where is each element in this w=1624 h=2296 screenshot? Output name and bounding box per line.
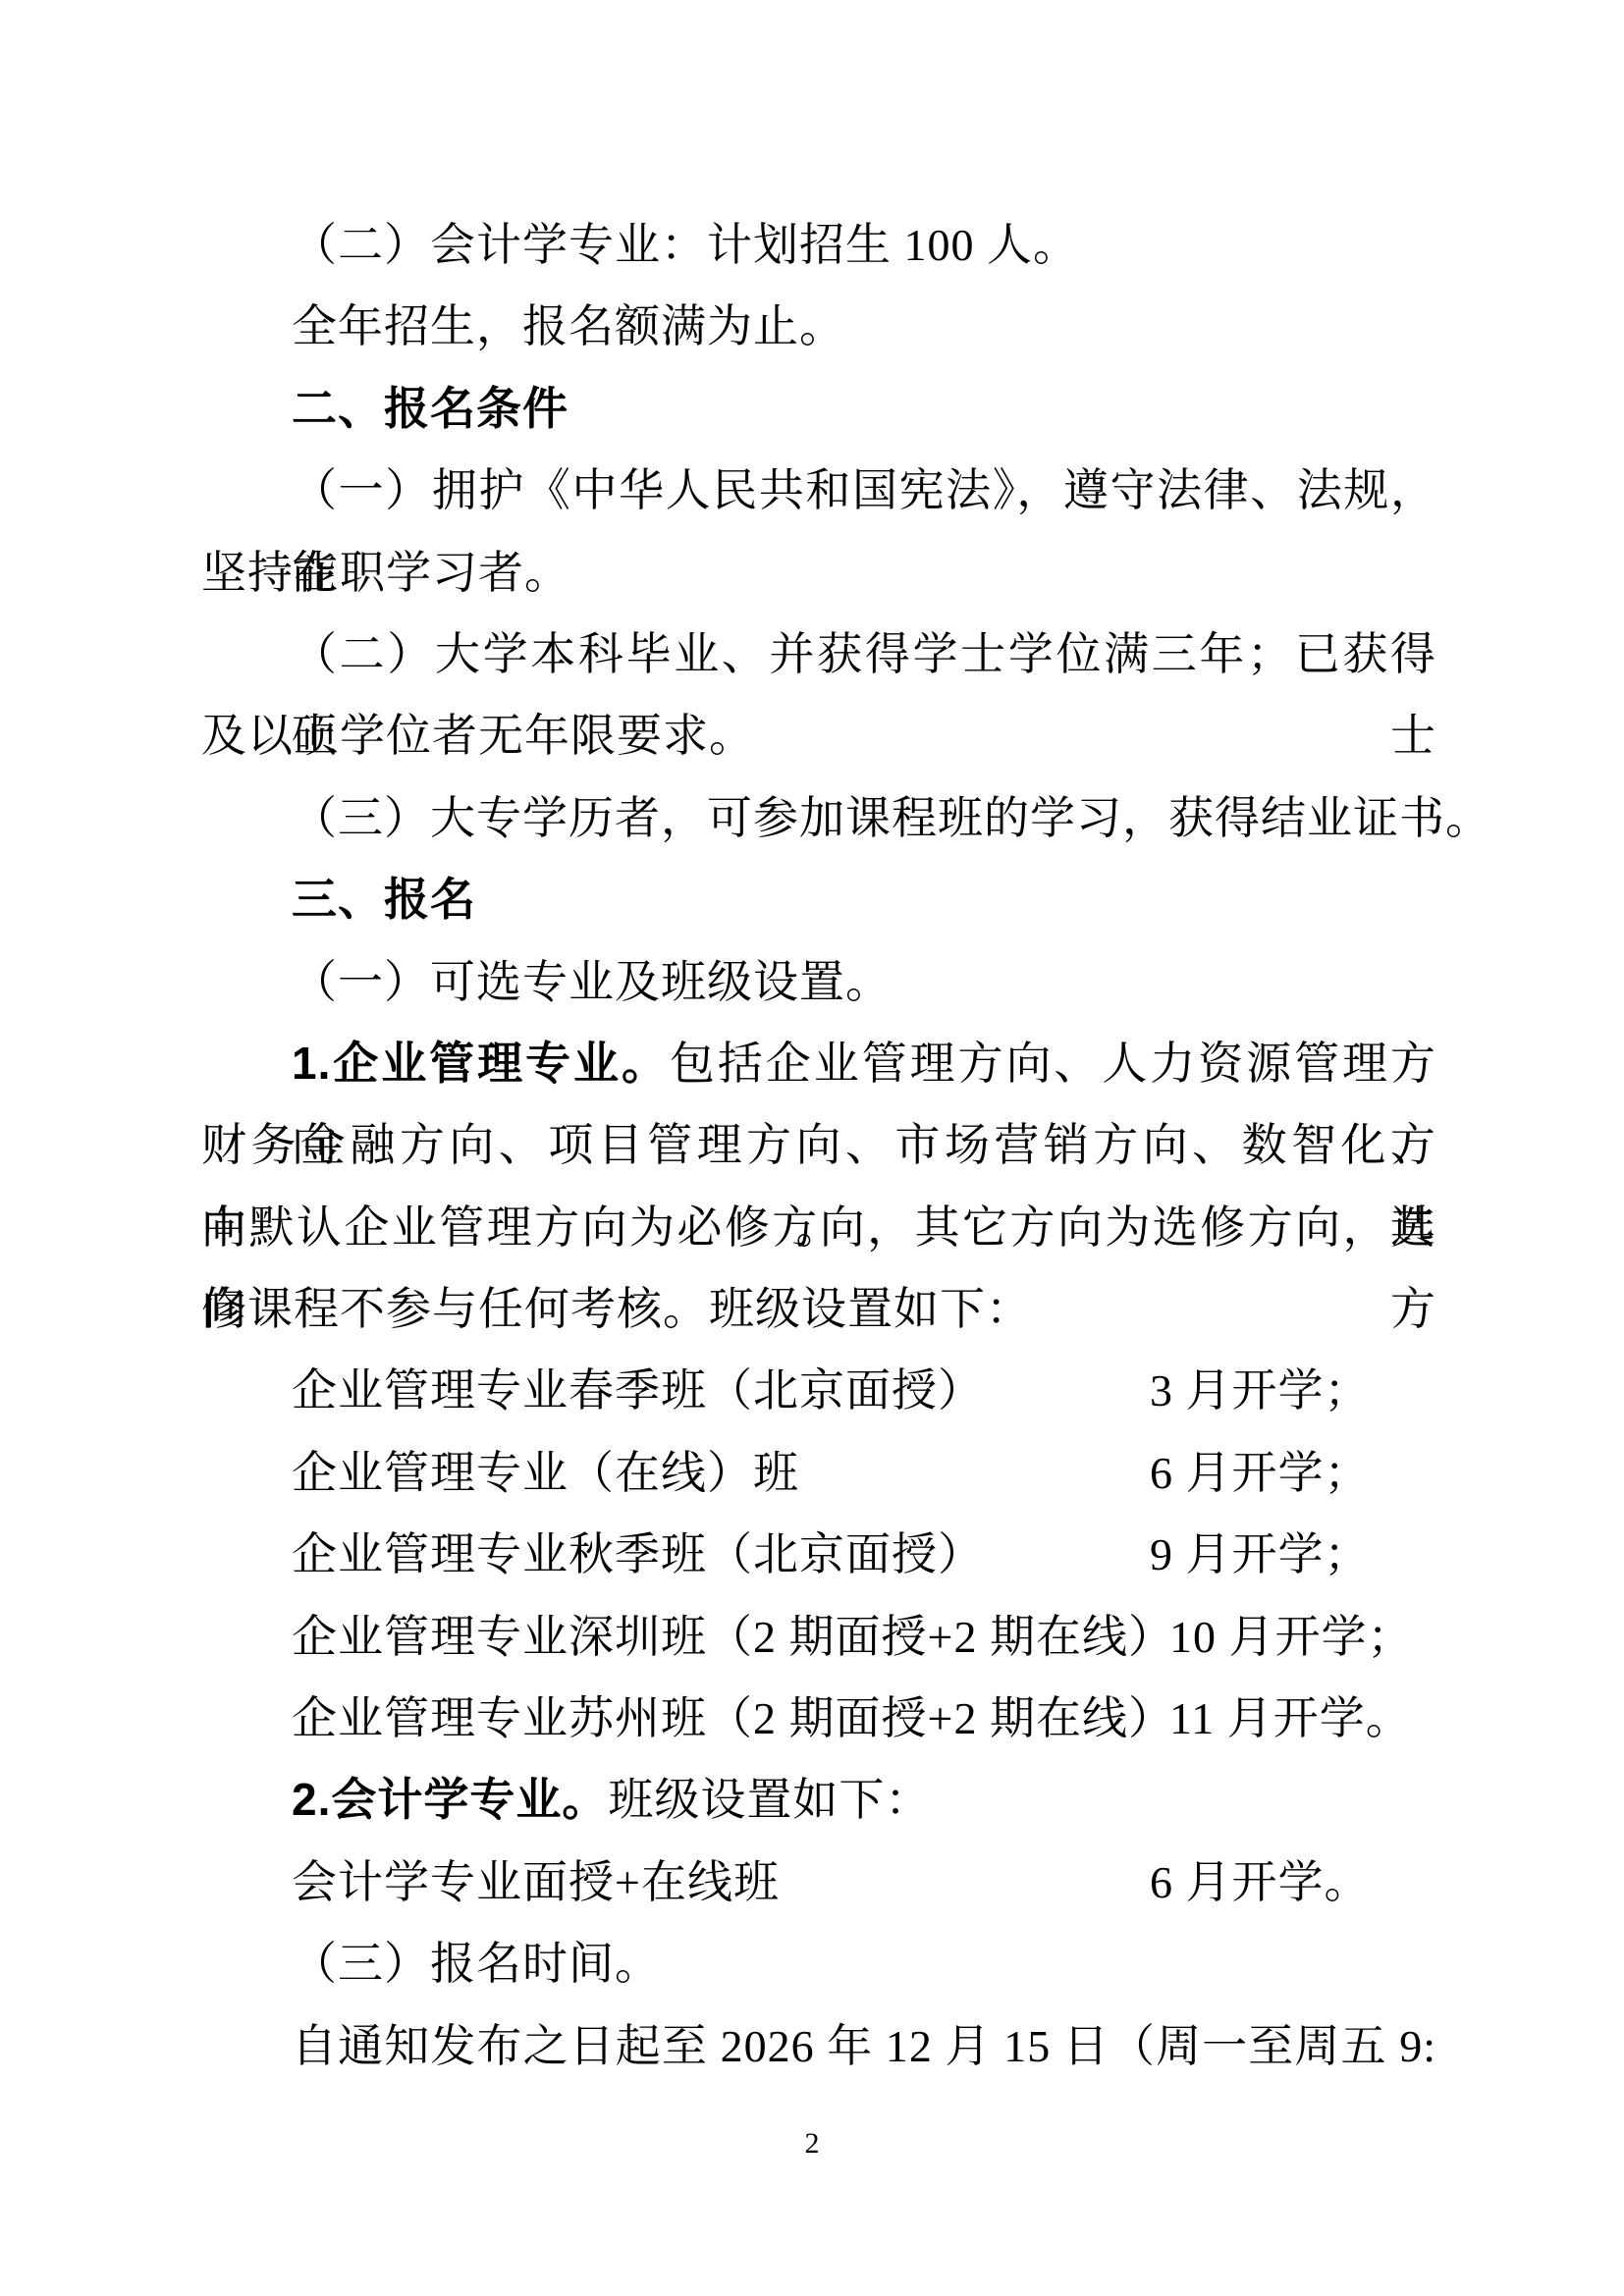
section-heading-registration: 三、报名	[201, 859, 1436, 940]
document-body: （二）会计学专业：计划招生 100 人。 全年招生，报名额满为止。 二、报名条件…	[201, 204, 1436, 2087]
class-schedule-row: 企业管理专业春季班（北京面授） 3 月开学；	[201, 1350, 1436, 1431]
paragraph-line-accounting-quota: （二）会计学专业：计划招生 100 人。	[201, 204, 1436, 286]
class-start-month: 6 月开学；	[1150, 1432, 1371, 1514]
section-heading-application-requirements: 二、报名条件	[201, 368, 1436, 450]
class-name: 企业管理专业深圳班（2 期面授+2 期在线）	[292, 1612, 1174, 1662]
paragraph-line-year-round-enrollment: 全年招生，报名额满为止。	[201, 286, 1436, 367]
class-start-month: 3 月开学；	[1150, 1350, 1371, 1431]
paragraph-line-requirement-3: （三）大专学历者，可参加课程班的学习，获得结业证书。	[201, 777, 1436, 859]
accounting-major-label: 2.会计学专业。	[292, 1774, 608, 1825]
class-start-month: 10 月开学；	[1169, 1596, 1414, 1678]
class-schedule-row: 企业管理专业深圳班（2 期面授+2 期在线） 10 月开学；	[201, 1596, 1436, 1678]
paragraph-line-business-major-3: 中默认企业管理方向为必修方向，其它方向为选修方向，选修方	[201, 1187, 1436, 1268]
class-name: 企业管理专业（在线）班	[292, 1448, 799, 1498]
class-name: 企业管理专业苏州班（2 期面授+2 期在线）	[292, 1693, 1174, 1743]
class-schedule-row: 企业管理专业苏州班（2 期面授+2 期在线） 11 月开学。	[201, 1678, 1436, 1759]
class-name: 企业管理专业秋季班（北京面授）	[292, 1529, 984, 1579]
paragraph-line-requirement-1b: 坚持在职学习者。	[201, 532, 1436, 614]
business-major-label: 1.企业管理专业。	[292, 1038, 670, 1089]
document-page: （二）会计学专业：计划招生 100 人。 全年招生，报名额满为止。 二、报名条件…	[0, 0, 1624, 2296]
paragraph-line-majors-and-classes: （一）可选专业及班级设置。	[201, 941, 1436, 1023]
class-schedule-row: 企业管理专业（在线）班 6 月开学；	[201, 1432, 1436, 1514]
paragraph-line-business-major-2: 财务金融方向、项目管理方向、市场营销方向、数智化方向。其	[201, 1104, 1436, 1186]
class-start-month: 6 月开学。	[1150, 1842, 1371, 1923]
paragraph-line-accounting-major: 2.会计学专业。班级设置如下：	[201, 1759, 1436, 1841]
paragraph-line-requirement-1a: （一）拥护《中华人民共和国宪法》，遵守法律、法规，能	[201, 450, 1436, 531]
class-schedule-row: 会计学专业面授+在线班 6 月开学。	[201, 1842, 1436, 1923]
paragraph-line-registration-time-heading: （三）报名时间。	[201, 1923, 1436, 2004]
class-name: 企业管理专业春季班（北京面授）	[292, 1365, 984, 1415]
page-number: 2	[0, 2122, 1624, 2165]
paragraph-line-requirement-2a: （二）大学本科毕业、并获得学士学位满三年；已获得硕士	[201, 614, 1436, 695]
class-start-month: 9 月开学；	[1150, 1514, 1371, 1595]
accounting-major-rest: 班级设置如下：	[608, 1775, 931, 1825]
paragraph-line-business-major-1: 1.企业管理专业。包括企业管理方向、人力资源管理方向、	[201, 1023, 1436, 1104]
class-start-month: 11 月开学。	[1169, 1678, 1412, 1759]
class-name: 会计学专业面授+在线班	[292, 1857, 780, 1907]
class-schedule-row: 企业管理专业秋季班（北京面授） 9 月开学；	[201, 1514, 1436, 1595]
paragraph-line-registration-time-detail: 自通知发布之日起至 2026 年 12 月 15 日（周一至周五 9:	[201, 2005, 1436, 2087]
